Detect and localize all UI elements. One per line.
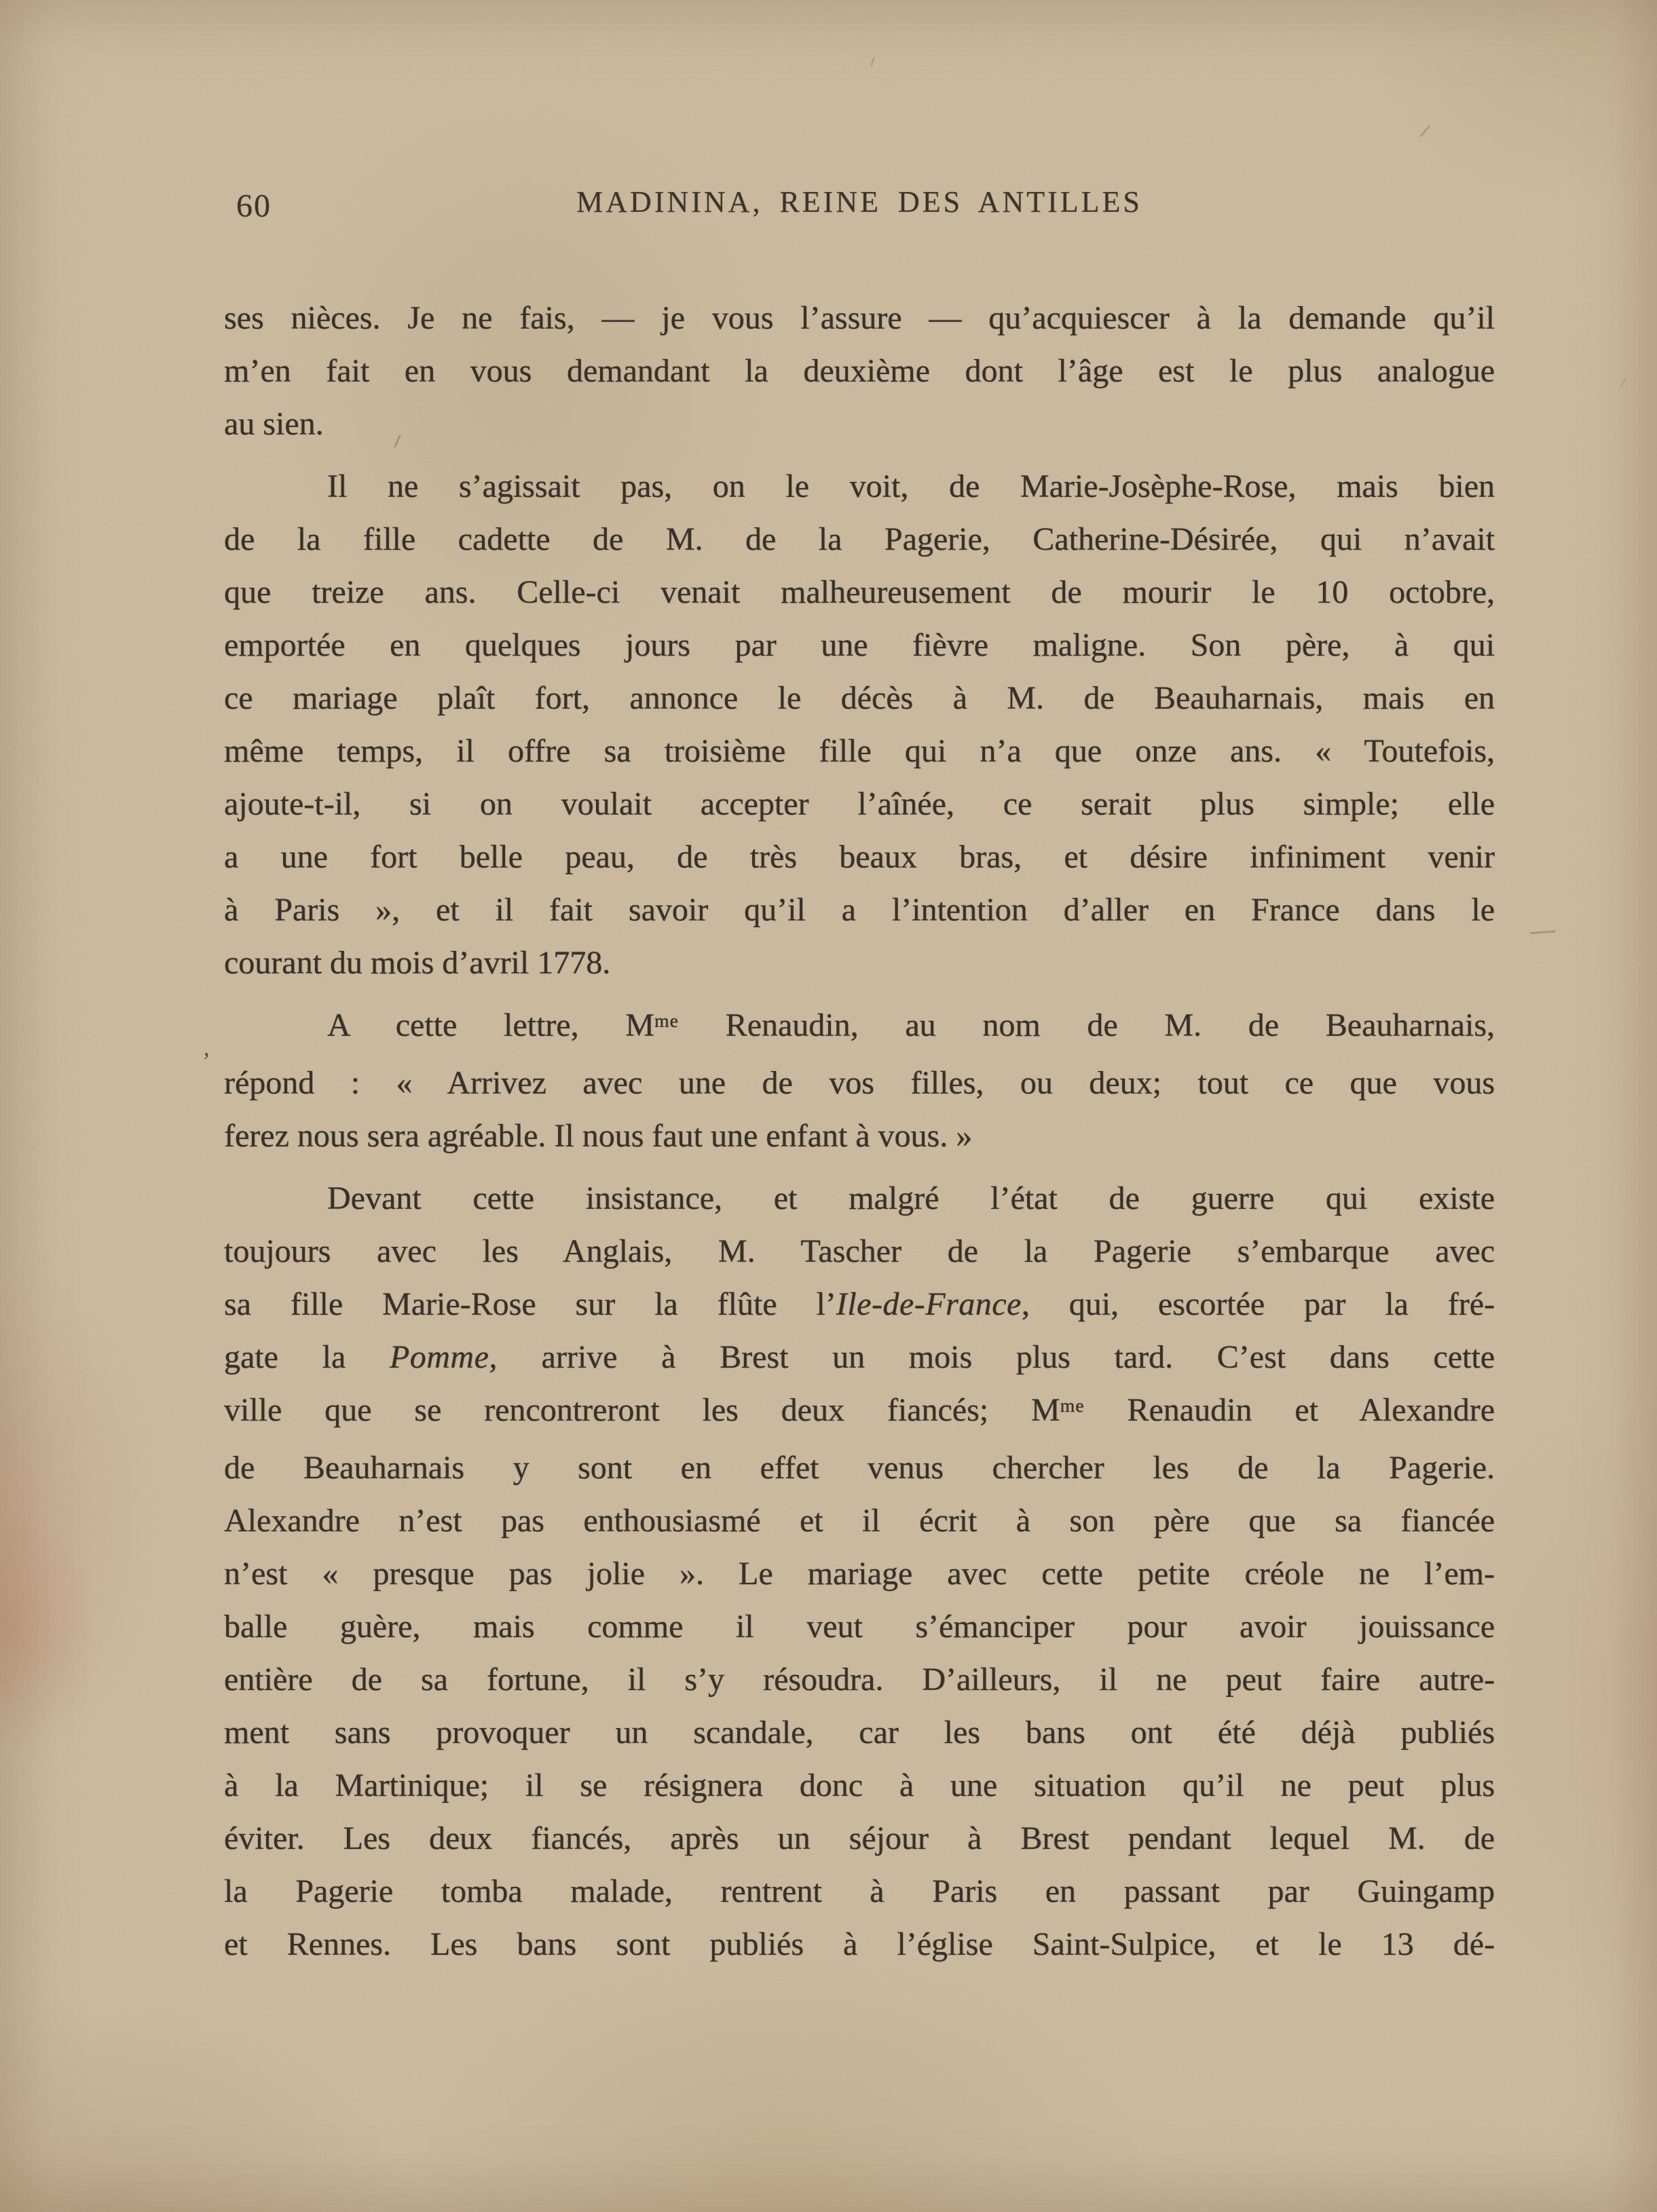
paragraph: ses nièces. Je ne fais, — je vous l’assu… (224, 292, 1495, 451)
ink-speck (1620, 378, 1626, 388)
paragraph: Il ne s’agissait pas, on le voit, de Mar… (224, 460, 1495, 990)
paragraph: A cette lettre, Mme Renaudin, au nom de … (224, 999, 1495, 1163)
running-title: MADININA, REINE DES ANTILLES (224, 185, 1495, 219)
text-line: à la Martinique; il se résignera donc à … (224, 1759, 1495, 1812)
page-number: 60 (236, 187, 272, 225)
text-line: que treize ans. Celle-ci venait malheure… (224, 566, 1495, 619)
text-line: ville que se rencontreront les deux fian… (224, 1384, 1495, 1442)
text-line: n’est « presque pas jolie ». Le mariage … (224, 1548, 1495, 1600)
text-line: au sien. (224, 398, 1495, 451)
pencil-dash-mark (1530, 931, 1556, 935)
ink-speck (1419, 125, 1430, 138)
text-line: de Beauharnais y sont en effet venus che… (224, 1442, 1495, 1495)
text-line: entière de sa fortune, il s’y résoudra. … (224, 1653, 1495, 1706)
text-line: gate la Pomme, arrive à Brest un mois pl… (224, 1331, 1495, 1384)
text-line: courant du mois d’avril 1778. (224, 937, 1495, 990)
text-line: à Paris », et il fait savoir qu’il a l’i… (224, 884, 1495, 937)
text-line: même temps, il offre sa troisième fille … (224, 725, 1495, 778)
ink-speck (870, 57, 875, 67)
text-line: balle guère, mais comme il veut s’émanci… (224, 1600, 1495, 1653)
text-line: la Pagerie tomba malade, rentrent à Pari… (224, 1865, 1495, 1918)
text-line: répond : « Arrivez avec une de vos fille… (224, 1057, 1495, 1110)
text-line: ce mariage plaît fort, annonce le décès … (224, 672, 1495, 725)
text-line: m’en fait en vous demandant la deuxième … (224, 345, 1495, 398)
text-line: emportée en quelques jours par une fièvr… (224, 619, 1495, 672)
book-page-scan: 60 MADININA, REINE DES ANTILLES ses nièc… (0, 0, 1657, 2212)
text-line: Il ne s’agissait pas, on le voit, de Mar… (224, 460, 1495, 513)
text-line: Alexandre n’est pas enthousiasmé et il é… (224, 1495, 1495, 1548)
text-line: ses nièces. Je ne fais, — je vous l’assu… (224, 292, 1495, 345)
text-line: sa fille Marie-Rose sur la flûte l’Ile-d… (224, 1278, 1495, 1331)
margin-tick-mark: ’ (202, 1047, 210, 1075)
text-line: et Rennes. Les bans sont publiés à l’égl… (224, 1918, 1495, 1971)
text-block: ses nièces. Je ne fais, — je vous l’assu… (224, 292, 1495, 1971)
text-line: toujours avec les Anglais, M. Tascher de… (224, 1225, 1495, 1278)
text-line: A cette lettre, Mme Renaudin, au nom de … (224, 999, 1495, 1057)
text-line: ajoute-t-il, si on voulait accepter l’aî… (224, 778, 1495, 831)
text-line: a une fort belle peau, de très beaux bra… (224, 831, 1495, 884)
text-line: de la fille cadette de M. de la Pagerie,… (224, 513, 1495, 566)
text-line: ferez nous sera agréable. Il nous faut u… (224, 1110, 1495, 1163)
text-line: Devant cette insistance, et malgré l’éta… (224, 1172, 1495, 1225)
running-head: 60 MADININA, REINE DES ANTILLES (224, 185, 1495, 225)
text-line: ment sans provoquer un scandale, car les… (224, 1706, 1495, 1759)
paragraph: Devant cette insistance, et malgré l’éta… (224, 1172, 1495, 1971)
text-line: éviter. Les deux fiancés, après un séjou… (224, 1812, 1495, 1865)
